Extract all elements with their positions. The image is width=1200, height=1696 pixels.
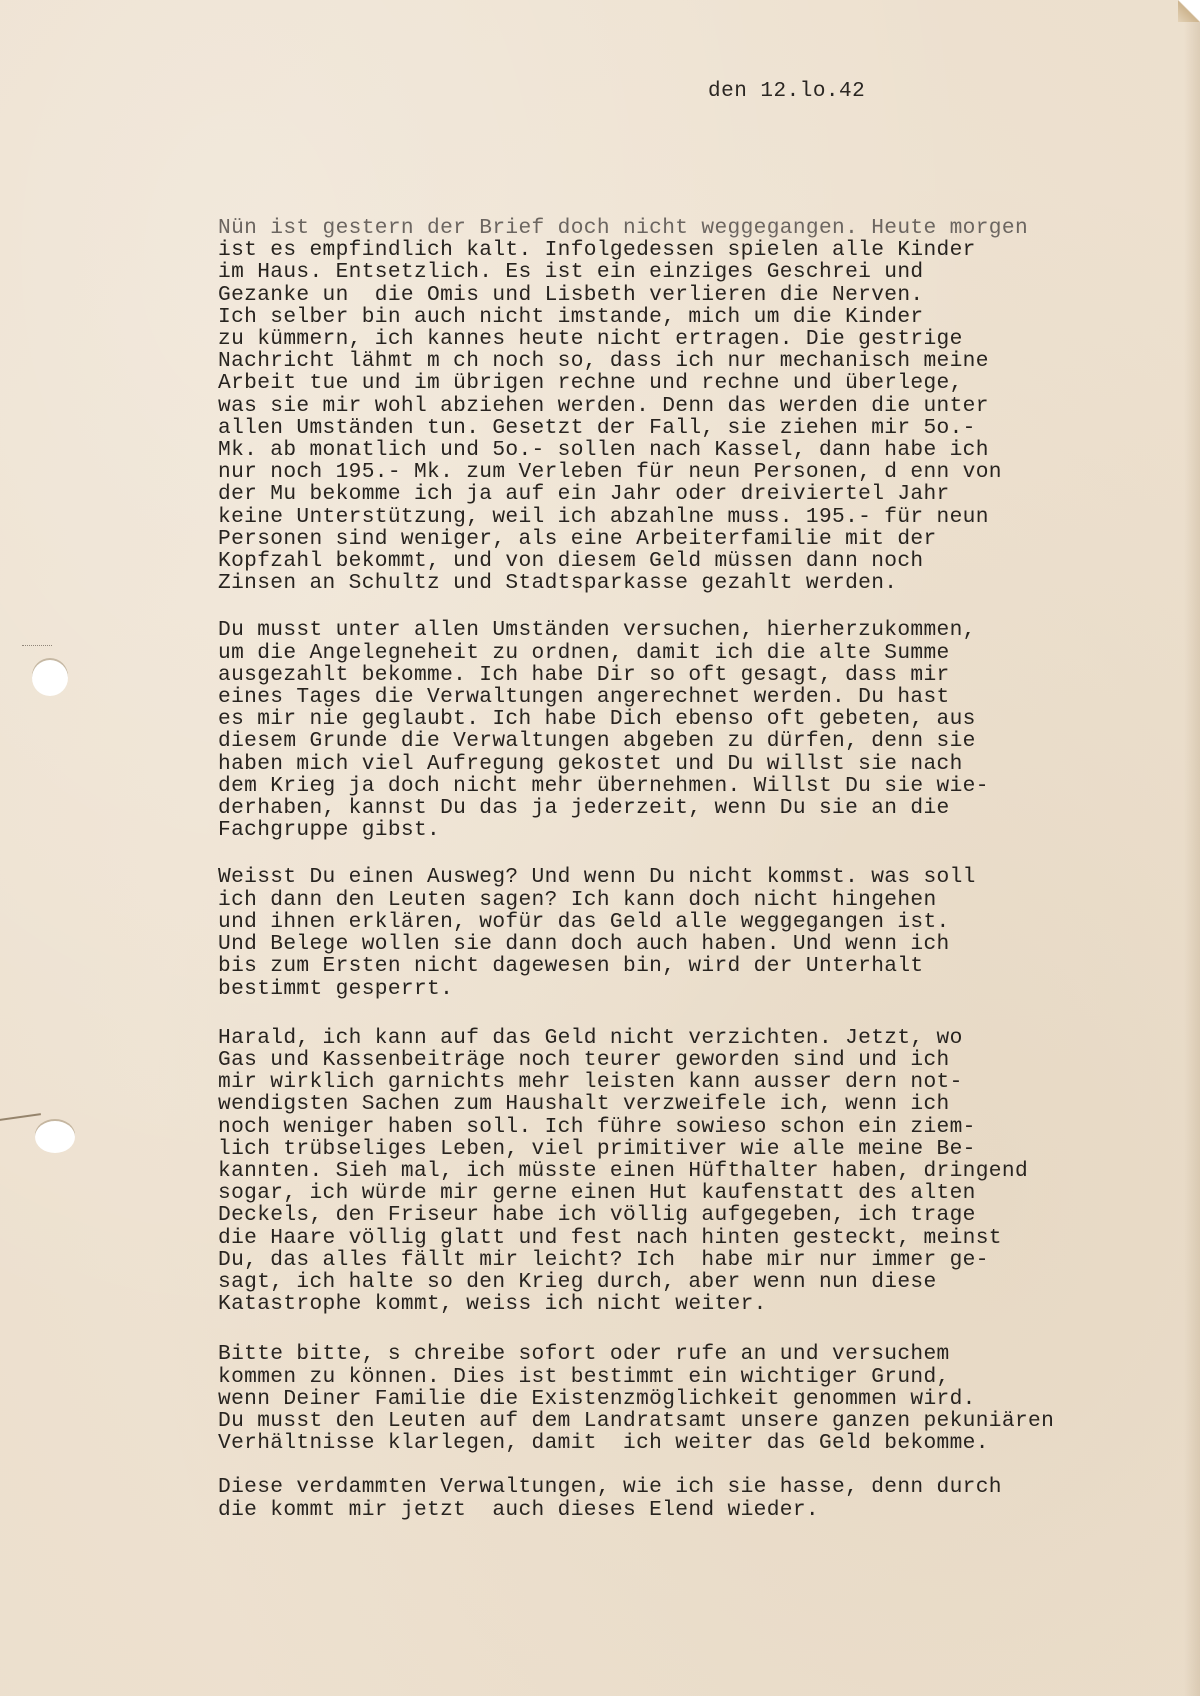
- text-line: nur noch 195.- Mk. zum Verleben für neun…: [218, 461, 1138, 483]
- text-line: Bitte bitte, s chreibe sofort oder rufe …: [218, 1343, 1138, 1365]
- paragraph-4: Harald, ich kann auf das Geld nicht verz…: [218, 1027, 1138, 1316]
- text-line: Gezanke un die Omis und Lisbeth verliere…: [218, 284, 1138, 306]
- text-line: diesem Grunde die Verwaltungen abgeben z…: [218, 730, 1138, 752]
- paragraph-2: Du musst unter allen Umständen versuchen…: [218, 619, 1138, 841]
- text-line: Mk. ab monatlich und 5o.- sollen nach Ka…: [218, 439, 1138, 461]
- letter-body: Nün ist gestern der Brief doch nicht weg…: [218, 217, 1138, 1543]
- text-line: Zinsen an Schultz und Stadtsparkasse gez…: [218, 572, 1138, 594]
- text-line: Du musst den Leuten auf dem Landratsamt …: [218, 1410, 1138, 1432]
- text-line: haben mich viel Aufregung gekostet und D…: [218, 753, 1138, 775]
- text-line: Du musst unter allen Umständen versuchen…: [218, 619, 1138, 641]
- text-line: eines Tages die Verwaltungen angerechnet…: [218, 686, 1138, 708]
- text-line: die Haare völlig glatt und fest nach hin…: [218, 1227, 1138, 1249]
- paragraph-1: Nün ist gestern der Brief doch nicht weg…: [218, 217, 1138, 594]
- text-line: im Haus. Entsetzlich. Es ist ein einzige…: [218, 261, 1138, 283]
- punch-hole-top: [32, 660, 68, 696]
- text-line: zu kümmern, ich kannes heute nicht ertra…: [218, 328, 1138, 350]
- text-line: allen Umständen tun. Gesetzt der Fall, s…: [218, 417, 1138, 439]
- text-line: bis zum Ersten nicht dagewesen bin, wird…: [218, 955, 1138, 977]
- text-line: Diese verdammten Verwaltungen, wie ich s…: [218, 1476, 1138, 1498]
- text-line: Gas und Kassenbeiträge noch teurer gewor…: [218, 1049, 1138, 1071]
- text-line: der Mu bekomme ich ja auf ein Jahr oder …: [218, 483, 1138, 505]
- text-line: ich dann den Leuten sagen? Ich kann doch…: [218, 889, 1138, 911]
- text-line: Katastrophe kommt, weiss ich nicht weite…: [218, 1293, 1138, 1315]
- text-line: kannten. Sieh mal, ich müsste einen Hüft…: [218, 1160, 1138, 1182]
- text-line: und ihnen erklären, wofür das Geld alle …: [218, 911, 1138, 933]
- text-line: Und Belege wollen sie dann doch auch hab…: [218, 933, 1138, 955]
- paragraph-6: Diese verdammten Verwaltungen, wie ich s…: [218, 1476, 1138, 1520]
- paragraph-3: Weisst Du einen Ausweg? Und wenn Du nich…: [218, 866, 1138, 999]
- text-line: was sie mir wohl abziehen werden. Denn d…: [218, 395, 1138, 417]
- text-line: Nachricht lähmt m ch noch so, dass ich n…: [218, 350, 1138, 372]
- text-line: mir wirklich garnichts mehr leisten kann…: [218, 1071, 1138, 1093]
- text-line: lich trübseliges Leben, viel primitiver …: [218, 1138, 1138, 1160]
- text-line: Personen sind weniger, als eine Arbeiter…: [218, 528, 1138, 550]
- text-line: die kommt mir jetzt auch dieses Elend wi…: [218, 1499, 1138, 1521]
- text-line: Deckels, den Friseur habe ich völlig auf…: [218, 1204, 1138, 1226]
- paragraph-5: Bitte bitte, s chreibe sofort oder rufe …: [218, 1343, 1138, 1454]
- paper-edge-shadow: [1184, 0, 1200, 1696]
- text-line: Du, das alles fällt mir leicht? Ich habe…: [218, 1249, 1138, 1271]
- text-line: wendigsten Sachen zum Haushalt verzweife…: [218, 1093, 1138, 1115]
- letter-date: den 12.lo.42: [708, 80, 865, 103]
- text-line: Arbeit tue und im übrigen rechne und rec…: [218, 372, 1138, 394]
- text-line: ist es empfindlich kalt. Infolgedessen s…: [218, 239, 1138, 261]
- text-line: sagt, ich halte so den Krieg durch, aber…: [218, 1271, 1138, 1293]
- text-line: dem Krieg ja doch nicht mehr übernehmen.…: [218, 775, 1138, 797]
- text-line: ausgezahlt bekomme. Ich habe Dir so oft …: [218, 664, 1138, 686]
- corner-fold: [1178, 0, 1200, 22]
- pencil-mark: [22, 633, 52, 646]
- text-line: Verhältnisse klarlegen, damit ich weiter…: [218, 1432, 1138, 1454]
- text-line: noch weniger haben soll. Ich führe sowie…: [218, 1116, 1138, 1138]
- text-line: bestimmt gesperrt.: [218, 978, 1138, 1000]
- text-line: Ich selber bin auch nicht imstande, mich…: [218, 306, 1138, 328]
- text-line: Fachgruppe gibst.: [218, 819, 1138, 841]
- text-line: kommen zu können. Dies ist bestimmt ein …: [218, 1366, 1138, 1388]
- text-line: Harald, ich kann auf das Geld nicht verz…: [218, 1027, 1138, 1049]
- text-line: Weisst Du einen Ausweg? Und wenn Du nich…: [218, 866, 1138, 888]
- text-line: derhaben, kannst Du das ja jederzeit, we…: [218, 797, 1138, 819]
- text-line: Kopfzahl bekommt, und von diesem Geld mü…: [218, 550, 1138, 572]
- text-line: sogar, ich würde mir gerne einen Hut kau…: [218, 1182, 1138, 1204]
- scanned-letter-page: den 12.lo.42 Nün ist gestern der Brief d…: [0, 0, 1200, 1696]
- punch-hole-bottom: [35, 1121, 75, 1153]
- text-line: keine Unterstützung, weil ich abzahlne m…: [218, 506, 1138, 528]
- text-line: es mir nie geglaubt. Ich habe Dich ebens…: [218, 708, 1138, 730]
- text-line: wenn Deiner Familie die Existenzmöglichk…: [218, 1388, 1138, 1410]
- text-line: um die Angelegneheit zu ordnen, damit ic…: [218, 642, 1138, 664]
- text-line: Nün ist gestern der Brief doch nicht weg…: [218, 217, 1138, 239]
